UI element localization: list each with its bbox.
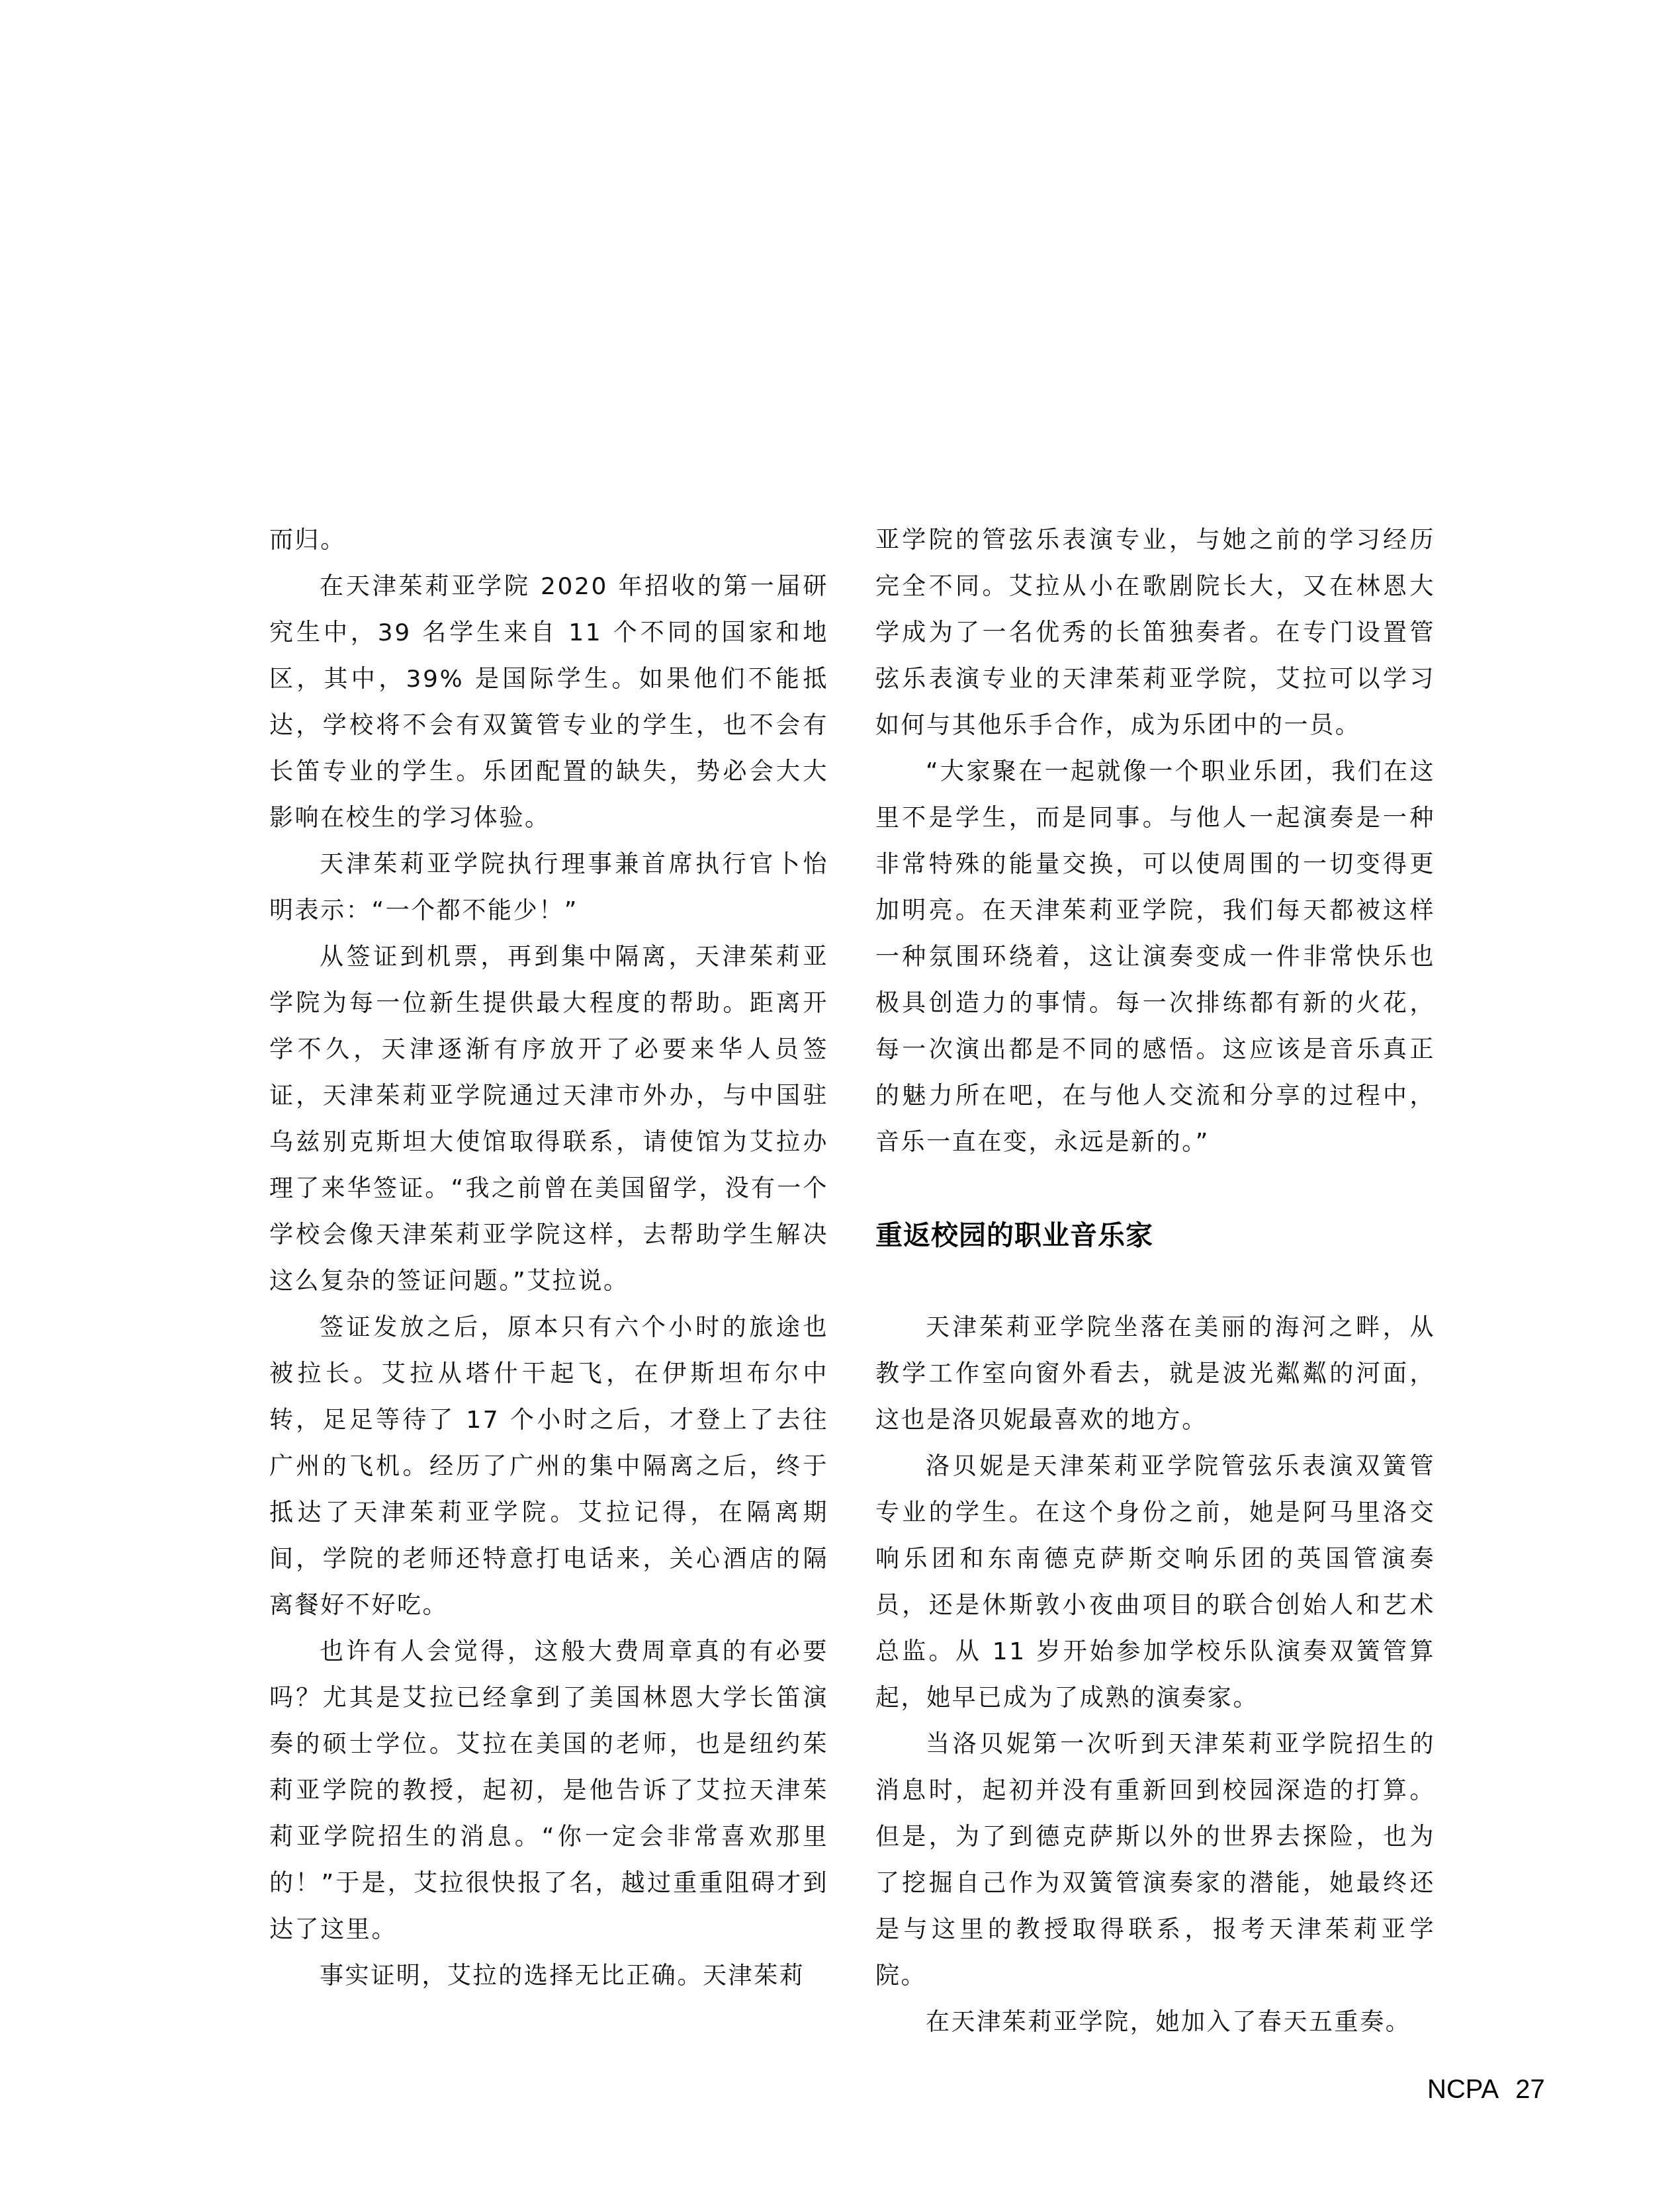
page-number: 27 bbox=[1515, 2075, 1545, 2104]
paragraph: 亚学院的管弦乐表演专业，与她之前的学习经历完全不同。艾拉从小在歌剧院长大，又在林… bbox=[875, 517, 1435, 749]
paragraph: 洛贝妮是天津茱莉亚学院管弦乐表演双簧管专业的学生。在这个身份之前，她是阿马里洛交… bbox=[875, 1444, 1435, 1722]
paragraph: 在天津茱莉亚学院，她加入了春天五重奏。 bbox=[875, 1999, 1435, 2046]
paragraph: 事实证明，艾拉的选择无比正确。天津茱莉 bbox=[269, 1953, 828, 1999]
left-column: 而归。 在天津茱莉亚学院 2020 年招收的第一届研究生中，39 名学生来自 1… bbox=[269, 517, 828, 1999]
page-footer: NCPA 27 bbox=[1427, 2075, 1545, 2105]
paragraph: 在天津茱莉亚学院 2020 年招收的第一届研究生中，39 名学生来自 11 个不… bbox=[269, 564, 828, 842]
paragraph: 当洛贝妮第一次听到天津茱莉亚学院招生的消息时，起初并没有重新回到校园深造的打算。… bbox=[875, 1722, 1435, 1999]
right-column: 亚学院的管弦乐表演专业，与她之前的学习经历完全不同。艾拉从小在歌剧院长大，又在林… bbox=[875, 517, 1435, 2046]
paragraph: 签证发放之后，原本只有六个小时的旅途也被拉长。艾拉从塔什干起飞，在伊斯坦布尔中转… bbox=[269, 1305, 828, 1629]
paragraph: 天津茱莉亚学院坐落在美丽的海河之畔，从教学工作室向窗外看去，就是波光粼粼的河面，… bbox=[875, 1305, 1435, 1444]
section-heading: 重返校园的职业音乐家 bbox=[875, 1212, 1435, 1258]
section-heading-block: 重返校园的职业音乐家 bbox=[875, 1166, 1435, 1305]
paragraph: 而归。 bbox=[269, 517, 828, 564]
paragraph: 也许有人会觉得，这般大费周章真的有必要吗？尤其是艾拉已经拿到了美国林恩大学长笛演… bbox=[269, 1629, 828, 1953]
paragraph: “大家聚在一起就像一个职业乐团，我们在这里不是学生，而是同事。与他人一起演奏是一… bbox=[875, 749, 1435, 1166]
publication-name: NCPA bbox=[1427, 2075, 1499, 2104]
paragraph: 天津茱莉亚学院执行理事兼首席执行官卜怡明表示：“一个都不能少！” bbox=[269, 842, 828, 934]
paragraph: 从签证到机票，再到集中隔离，天津茱莉亚学院为每一位新生提供最大程度的帮助。距离开… bbox=[269, 934, 828, 1305]
